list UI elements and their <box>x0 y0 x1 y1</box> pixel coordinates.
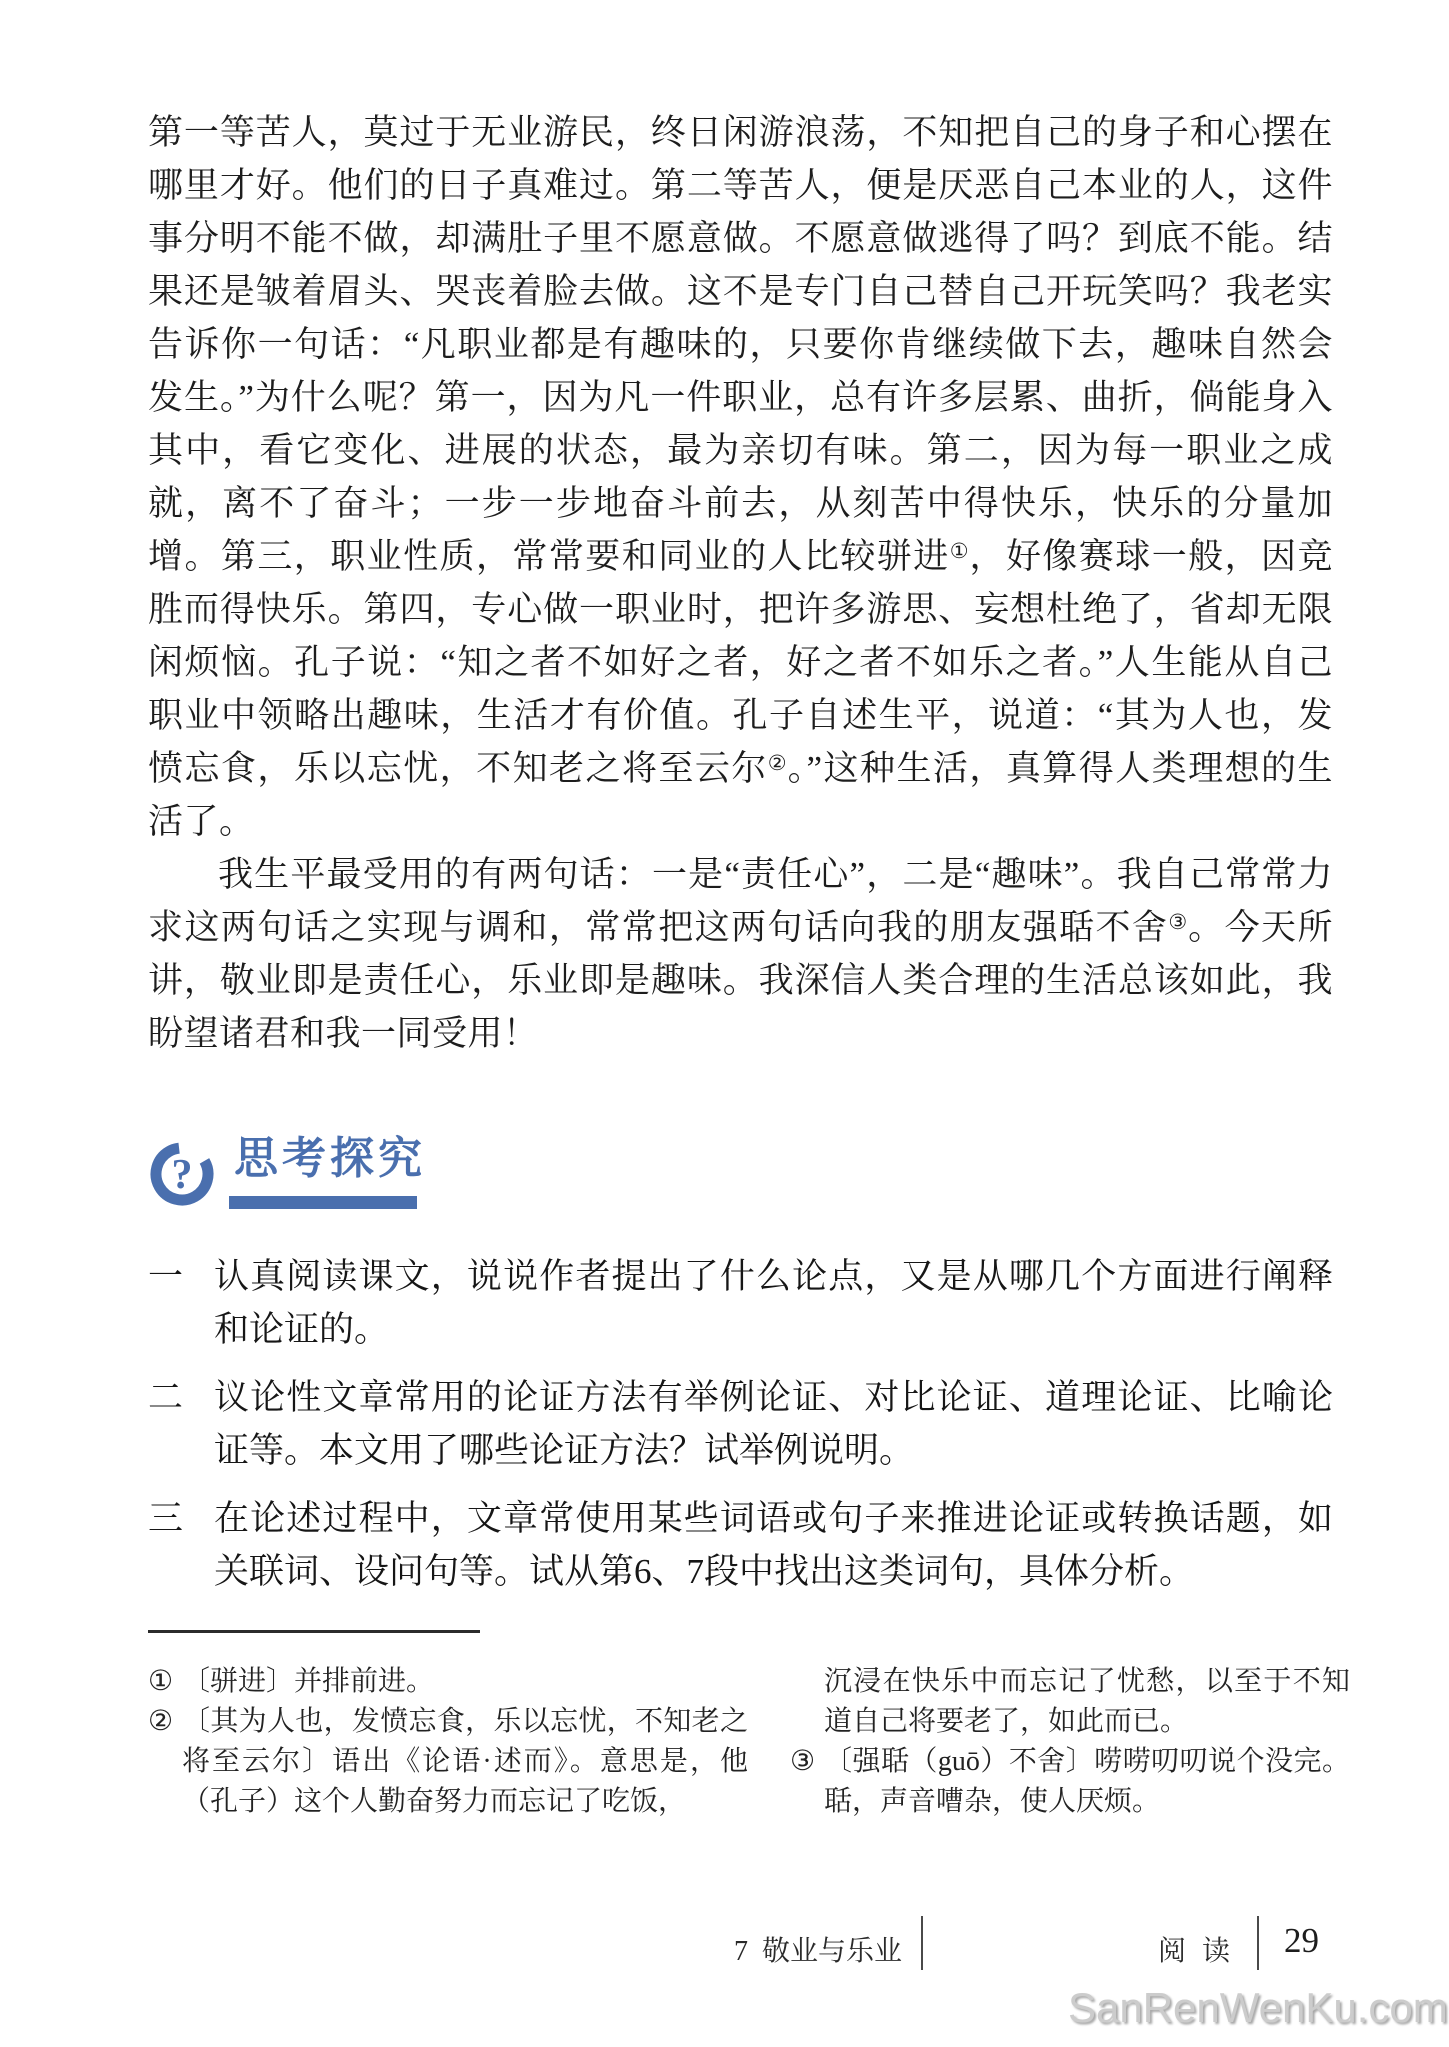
question-number: 二 <box>148 1371 214 1477</box>
footnote-number: ② <box>148 1702 173 1742</box>
question-item-3: 三 在论述过程中，文章常使用某些词语或句子来推进论证或转换话题，如关联词、设问句… <box>148 1492 1333 1598</box>
title-underline-bar <box>229 1196 417 1209</box>
body-text: 第一等苦人，莫过于无业游民，终日闲游浪荡，不知把自己的身子和心摆在哪里才好。他们… <box>148 106 1333 1060</box>
footnote-text: 〔强聒（guō）不舍〕唠唠叨叨说个没完。聒，声音嘈杂，使人厌烦。 <box>824 1746 1350 1817</box>
footnote-column-right: 沉浸在快乐中而忘记了忧愁，以至于不知道自己将要老了，如此而已。 ③ 〔强聒（gu… <box>790 1662 1350 1822</box>
question-number: 一 <box>148 1250 214 1356</box>
lesson-title: 敬业与乐业 <box>762 1936 902 1967</box>
footnote-text: 〔其为人也，发愤忘食，乐以忘忧，不知老之将至云尔〕语出《论语·述而》。意思是，他… <box>182 1706 748 1817</box>
footnote-divider <box>148 1630 480 1633</box>
question-number: 三 <box>148 1492 214 1598</box>
footnote-ref-1: ① <box>950 539 970 563</box>
paragraph-1: 第一等苦人，莫过于无业游民，终日闲游浪荡，不知把自己的身子和心摆在哪里才好。他们… <box>148 106 1333 848</box>
footer-section-label: 阅读 <box>1158 1929 1246 1969</box>
footer-divider-line <box>921 1916 923 1970</box>
text-segment: 第一等苦人，莫过于无业游民，终日闲游浪荡，不知把自己的身子和心摆在哪里才好。他们… <box>148 113 1333 576</box>
question-mark-glyph: ? <box>172 1152 193 1198</box>
lesson-number: 7 <box>734 1936 748 1967</box>
footnote-column-left: ① 〔骈进〕并排前进。 ② 〔其为人也，发愤忘食，乐以忘忧，不知老之将至云尔〕语… <box>148 1662 748 1822</box>
footnote-text: 〔骈进〕并排前进。 <box>182 1666 434 1697</box>
footer-lesson-label: 7敬业与乐业 <box>734 1929 902 1969</box>
question-item-2: 二 议论性文章常用的论证方法有举例论证、对比论证、道理论证、比喻论证等。本文用了… <box>148 1371 1333 1477</box>
question-text: 在论述过程中，文章常使用某些词语或句子来推进论证或转换话题，如关联词、设问句等。… <box>214 1492 1333 1598</box>
footnote-3: ③ 〔强聒（guō）不舍〕唠唠叨叨说个没完。聒，声音嘈杂，使人厌烦。 <box>790 1742 1350 1822</box>
footnote-ref-3: ③ <box>1168 910 1188 934</box>
explore-section-title: 思考探究 <box>234 1133 426 1185</box>
question-list: 一 认真阅读课文，说说作者提出了什么论点，又是从哪几个方面进行阐释和论证的。 二… <box>148 1250 1333 1613</box>
footnote-2-continuation: 沉浸在快乐中而忘记了忧愁，以至于不知道自己将要老了，如此而已。 <box>790 1662 1350 1742</box>
page-number: 29 <box>1284 1921 1319 1961</box>
question-item-1: 一 认真阅读课文，说说作者提出了什么论点，又是从哪几个方面进行阐释和论证的。 <box>148 1250 1333 1356</box>
footnote-text: 沉浸在快乐中而忘记了忧愁，以至于不知道自己将要老了，如此而已。 <box>824 1666 1350 1737</box>
footnote-number: ③ <box>790 1742 815 1782</box>
footer-divider-line <box>1257 1916 1259 1970</box>
textbook-page: 第一等苦人，莫过于无业游民，终日闲游浪荡，不知把自己的身子和心摆在哪里才好。他们… <box>0 0 1449 2047</box>
footnote-number: ① <box>148 1662 173 1702</box>
question-text: 认真阅读课文，说说作者提出了什么论点，又是从哪几个方面进行阐释和论证的。 <box>214 1250 1333 1356</box>
text-segment: 我生平最受用的有两句话：一是“责任心”，二是“趣味”。我自己常常力求这两句话之实… <box>148 855 1333 947</box>
question-mark-circle-icon: ? <box>150 1138 214 1206</box>
paragraph-2: 我生平最受用的有两句话：一是“责任心”，二是“趣味”。我自己常常力求这两句话之实… <box>148 848 1333 1060</box>
question-text: 议论性文章常用的论证方法有举例论证、对比论证、道理论证、比喻论证等。本文用了哪些… <box>214 1371 1333 1477</box>
footnote-1: ① 〔骈进〕并排前进。 <box>148 1662 748 1702</box>
watermark: SanRenWenKu.com <box>1068 1984 1448 2032</box>
footnote-2: ② 〔其为人也，发愤忘食，乐以忘忧，不知老之将至云尔〕语出《论语·述而》。意思是… <box>148 1702 748 1822</box>
footnote-ref-2: ② <box>768 751 788 775</box>
